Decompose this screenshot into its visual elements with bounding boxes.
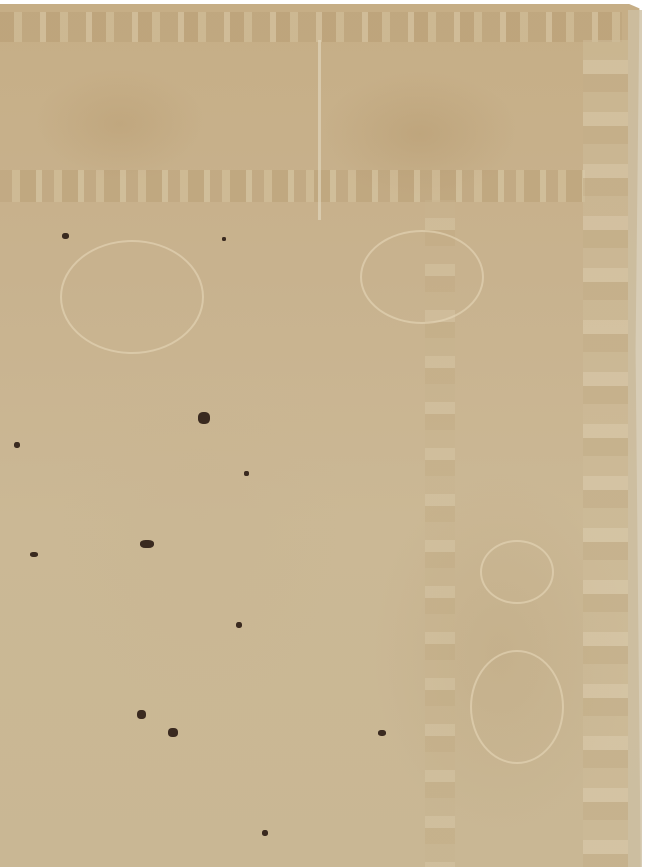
dark-spot	[168, 728, 178, 737]
floral-motif	[360, 230, 484, 324]
dark-spot	[222, 237, 226, 241]
right-outer-border	[583, 40, 628, 867]
dark-spot	[198, 412, 210, 424]
dark-spot	[140, 540, 154, 548]
floral-motif	[470, 650, 564, 764]
dark-spot	[62, 233, 69, 239]
floral-motif	[480, 540, 554, 604]
fold-line	[318, 40, 321, 220]
dark-spot	[378, 730, 386, 736]
dark-spot	[137, 710, 146, 719]
dark-spot	[244, 471, 249, 476]
dark-spot	[30, 552, 38, 557]
rug-edge	[628, 10, 642, 867]
floral-motif	[60, 240, 204, 354]
dark-spot	[262, 830, 268, 836]
dark-spot	[236, 622, 242, 628]
dark-spot	[14, 442, 20, 448]
top-outer-border	[0, 12, 622, 42]
top-inner-border	[0, 170, 585, 202]
